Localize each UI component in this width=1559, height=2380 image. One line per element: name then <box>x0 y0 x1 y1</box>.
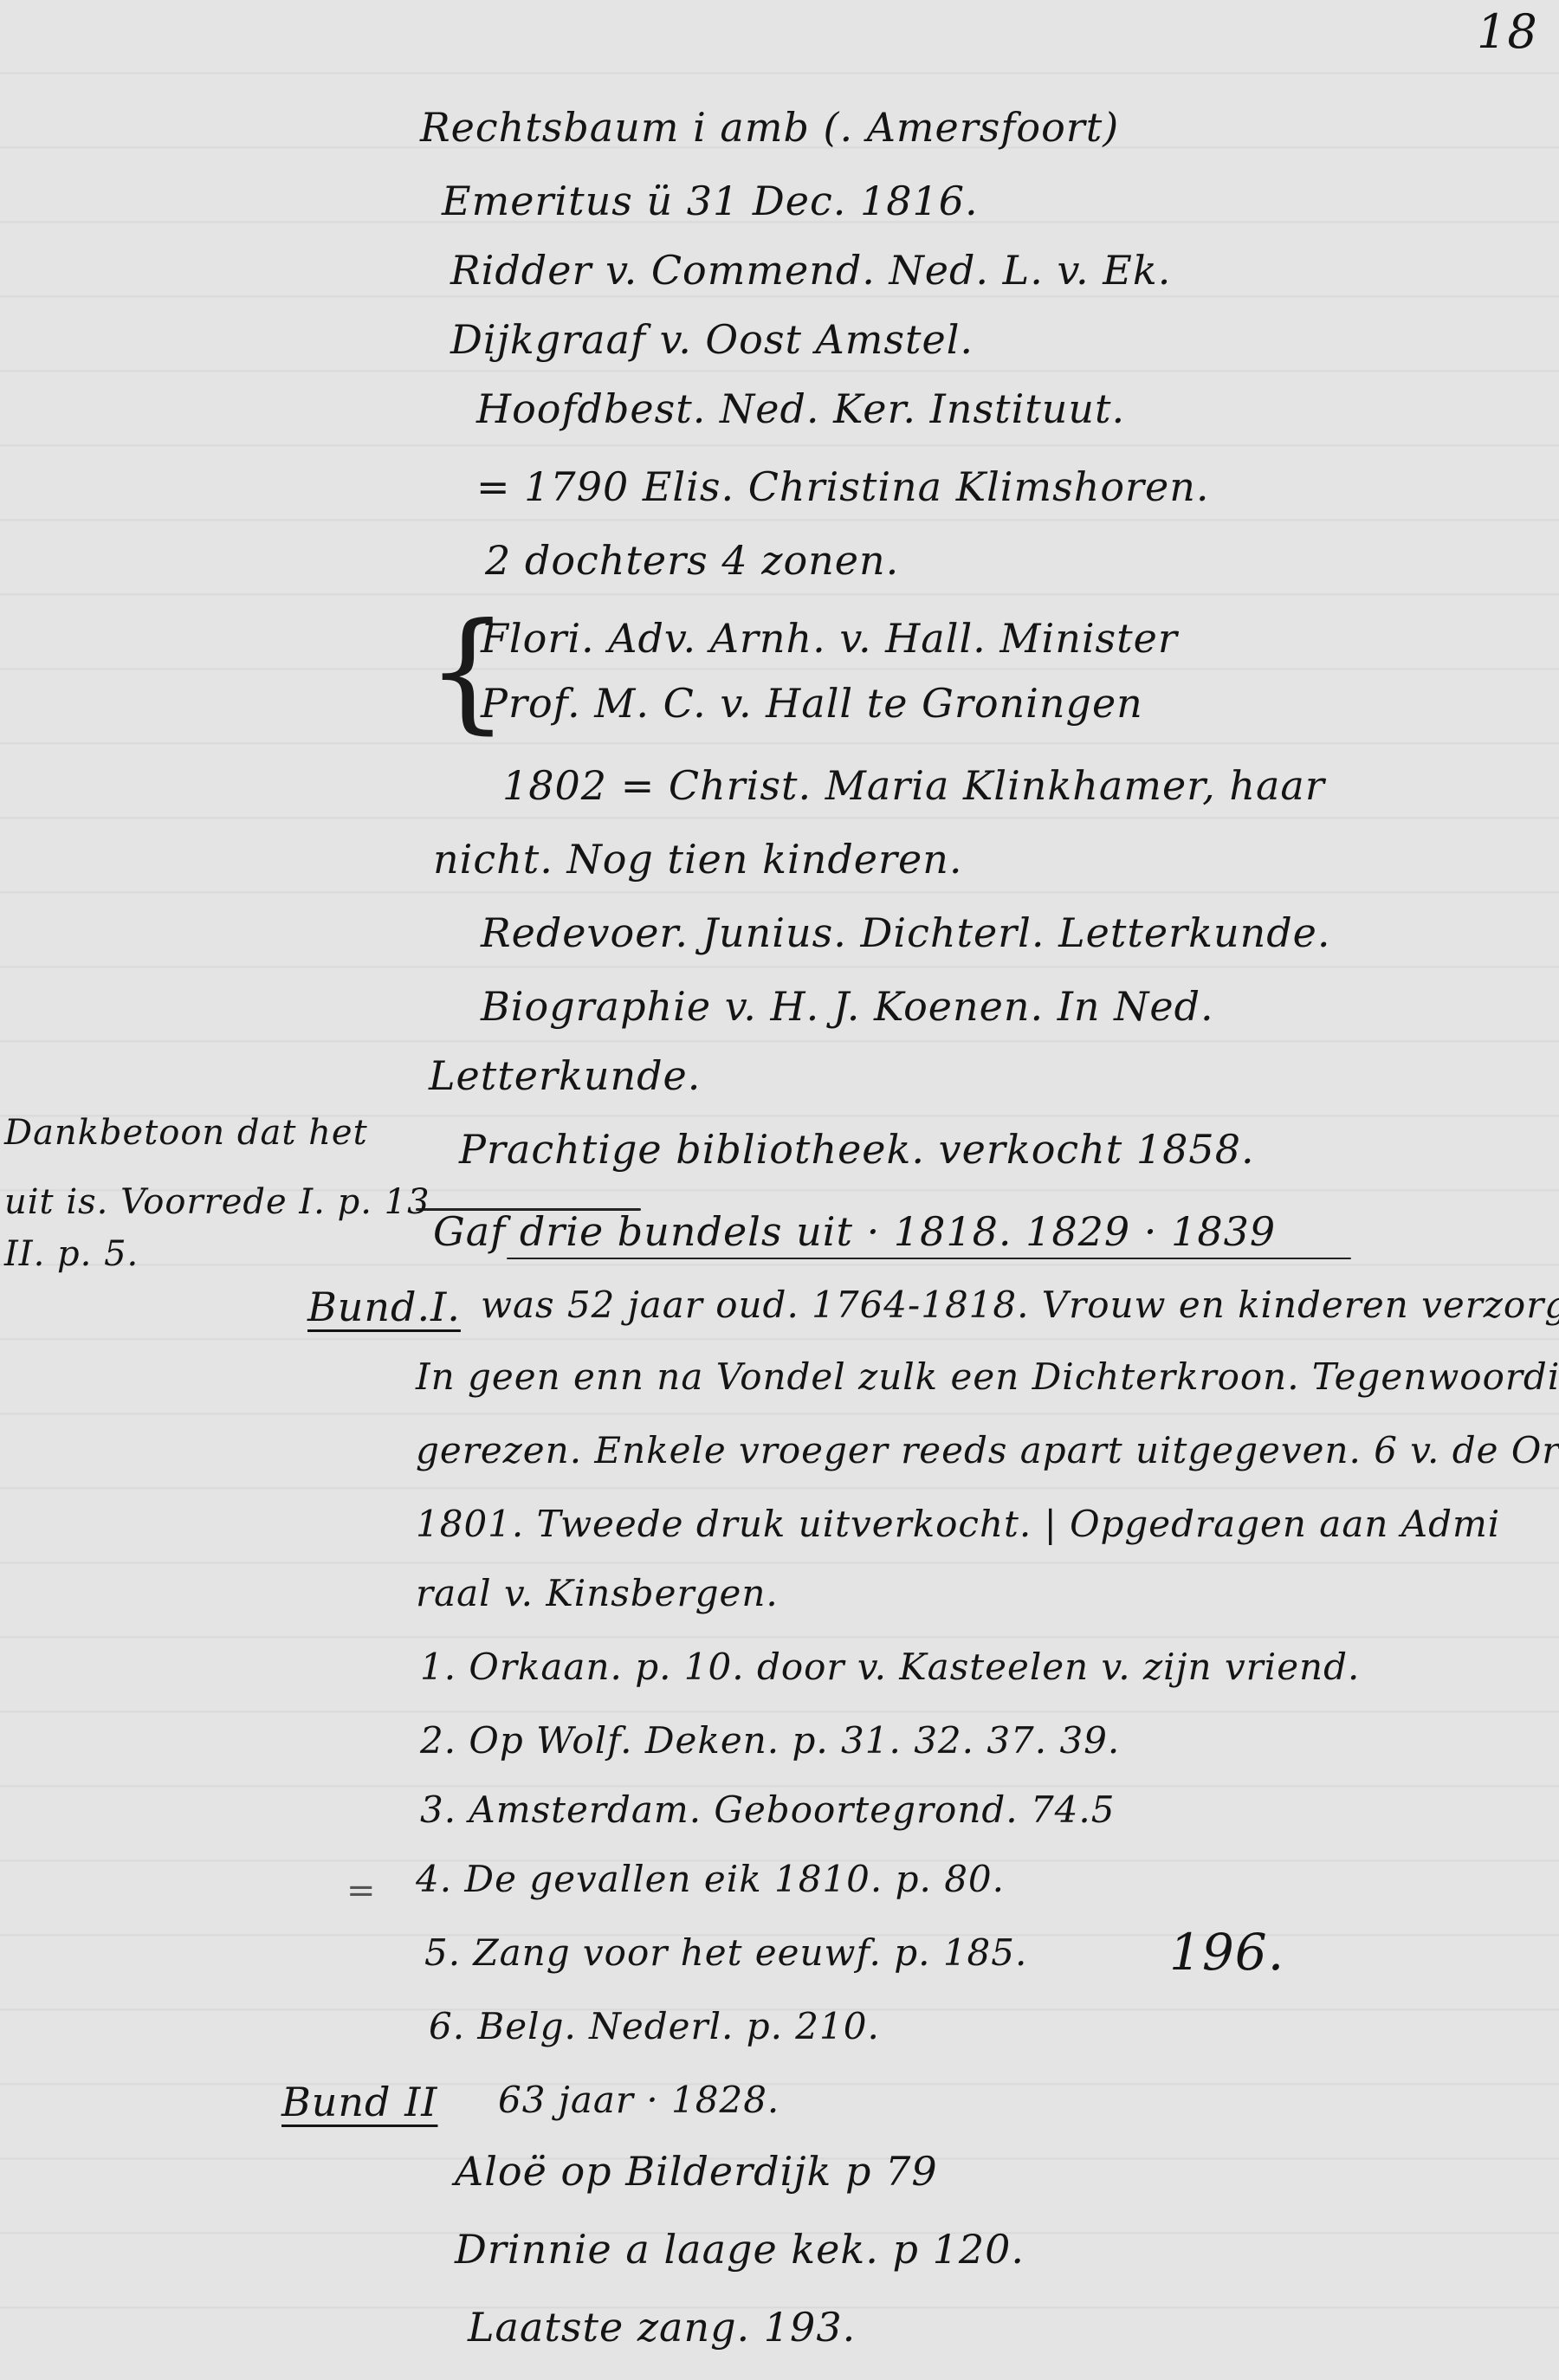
manuscript-line: Redevoer. Junius. Dichterl. Letterkunde. <box>481 909 1331 956</box>
manuscript-line: Prof. M. C. v. Hall te Groningen <box>481 680 1143 727</box>
manuscript-line: Emeritus ü 31 Dec. 1816. <box>442 178 979 224</box>
manuscript-line: 2 dochters 4 zonen. <box>485 537 899 584</box>
manuscript-line: nicht. Nog tien kinderen. <box>433 836 962 883</box>
manuscript-line: Ridder v. Commend. Ned. L. v. Ek. <box>450 247 1171 294</box>
manuscript-line: Biographie v. H. J. Koenen. In Ned. <box>481 983 1214 1030</box>
manuscript-line: Flori. Adv. Arnh. v. Hall. Minister <box>481 615 1178 662</box>
manuscript-line: Aloë op Bilderdijk p 79 <box>455 2148 938 2195</box>
manuscript-line: Drinnie a laage kek. p 120. <box>455 2226 1025 2273</box>
manuscript-line: Rechtsbaum i amb (. Amersfoort) <box>420 104 1119 151</box>
manuscript-line: 63 jaar · 1828. <box>498 2079 779 2121</box>
manuscript-line: was 52 jaar oud. 1764-1818. Vrouw en kin… <box>481 1284 1559 1326</box>
manuscript-line: Gaf drie bundels uit · 1818. 1829 · 1839 <box>433 1208 1276 1255</box>
manuscript-line: raal v. Kinsbergen. <box>416 1572 779 1614</box>
bundle-label-1: Bund.I. <box>307 1284 461 1330</box>
manuscript-line: Hoofdbest. Ned. Ker. Instituut. <box>476 385 1125 432</box>
manuscript-line: Letterkunde. <box>429 1052 701 1099</box>
manuscript-line: gerezen. Enkele vroeger reeds apart uitg… <box>416 1429 1559 1471</box>
bundle-label-2: Bund II <box>281 2079 437 2125</box>
manuscript-page: 18 Rechtsbaum i amb (. Amersfoort) Emeri… <box>0 0 1559 2380</box>
list-item: 2. Op Wolf. Deken. p. 31. 32. 37. 39. <box>420 1719 1120 1762</box>
manuscript-line: Prachtige bibliotheek. verkocht 1858. <box>459 1126 1255 1173</box>
underline-stroke <box>507 1258 1351 1259</box>
list-item: 5. Zang voor het eeuwf. p. 185. <box>424 1931 1027 1974</box>
manuscript-line: Laatste zang. 193. <box>468 2304 856 2351</box>
margin-note-line: uit is. Voorrede I. p. 13 <box>4 1182 430 1222</box>
equals-mark: = <box>346 1871 377 1911</box>
list-item: 1. Orkaan. p. 10. door v. Kasteelen v. z… <box>420 1646 1360 1688</box>
manuscript-line: 1802 = Christ. Maria Klinkhamer, haar <box>502 762 1325 809</box>
list-item: 6. Belg. Nederl. p. 210. <box>429 2005 880 2047</box>
margin-note-line: Dankbetoon dat het <box>4 1113 368 1153</box>
manuscript-line: Dijkgraaf v. Oost Amstel. <box>450 316 974 363</box>
side-number: 196. <box>1169 1923 1284 1982</box>
page-number: 18 <box>1477 4 1538 59</box>
list-item: 3. Amsterdam. Geboortegrond. 74.5 <box>420 1788 1115 1831</box>
manuscript-line: In geen enn na Vondel zulk een Dichterkr… <box>416 1355 1559 1398</box>
margin-note-line: II. p. 5. <box>4 1234 139 1274</box>
manuscript-line: 1801. Tweede druk uitverkocht. | Opgedra… <box>416 1503 1500 1545</box>
list-item: 4. De gevallen eik 1810. p. 80. <box>416 1858 1005 1900</box>
manuscript-line: = 1790 Elis. Christina Klimshoren. <box>476 463 1210 510</box>
